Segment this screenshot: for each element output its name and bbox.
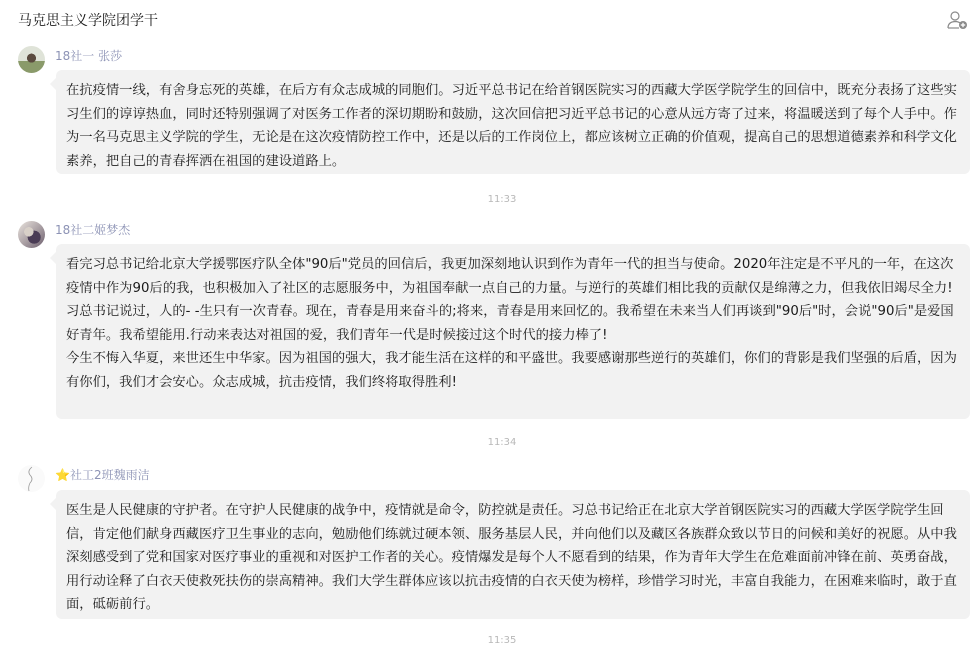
sender-name[interactable]: ⭐社工2班魏雨洁: [55, 467, 150, 483]
avatar[interactable]: [18, 221, 45, 248]
message-bubble[interactable]: 医生是人民健康的守护者。在守护人民健康的战争中，疫情就是命令，防控就是责任。习总…: [56, 490, 970, 619]
message-bubble[interactable]: 在抗疫情一线，有舍身忘死的英雄，在后方有众志成城的同胞们。习近平总书记在给首钢医…: [56, 70, 970, 174]
message-text: 习总书记说过，人的- -生只有一次青春。现在，青春是用来奋斗的;将来，青春是用来…: [66, 300, 960, 347]
avatar[interactable]: [18, 465, 45, 492]
timestamp: 11:33: [12, 193, 980, 207]
message-text: 医生是人民健康的守护者。在守护人民健康的战争中，疫情就是命令，防控就是责任。习总…: [66, 499, 960, 617]
sender-name-text: 社工2班魏雨洁: [70, 468, 150, 482]
message-bubble[interactable]: 看完习总书记给北京大学援鄂医疗队全体"90后"党员的回信后，我更加深刻地认识到作…: [56, 244, 970, 419]
message-text: 看完习总书记给北京大学援鄂医疗队全体"90后"党员的回信后，我更加深刻地认识到作…: [66, 253, 960, 300]
timestamp: 11:34: [12, 436, 980, 450]
message-list[interactable]: 18社一 张莎 在抗疫情一线，有舍身忘死的英雄，在后方有众志成城的同胞们。习近平…: [0, 0, 980, 642]
star-icon: ⭐: [55, 468, 70, 482]
avatar[interactable]: [18, 46, 45, 73]
sender-name[interactable]: 18社一 张莎: [55, 48, 122, 64]
timestamp: 11:35: [12, 634, 980, 642]
sender-name[interactable]: 18社二姬梦杰: [55, 222, 130, 238]
message-text: 在抗疫情一线，有舍身忘死的英雄，在后方有众志成城的同胞们。习近平总书记在给首钢医…: [66, 79, 960, 173]
message-text: 今生不悔入华夏，来世还生中华家。因为祖国的强大，我才能生活在这样的和平盛世。我要…: [66, 347, 960, 394]
sketch-avatar-icon: [18, 465, 45, 492]
